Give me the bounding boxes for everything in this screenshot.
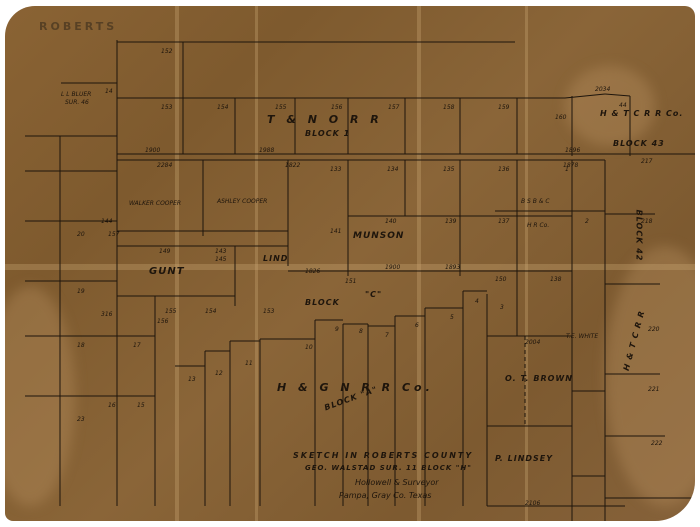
block-label-block-43: BLOCK 43 bbox=[613, 139, 665, 148]
section-134: 134 bbox=[387, 166, 398, 173]
section-154: 154 bbox=[217, 104, 228, 111]
distance-label: 1893 bbox=[445, 264, 460, 271]
distance-label: 1896 bbox=[565, 147, 580, 154]
section-141: 141 bbox=[330, 228, 341, 235]
survey-map-sheet: ROBERTS T & N O R R BLOCK 1 H & T C R R … bbox=[5, 6, 695, 521]
section-218: 218 bbox=[641, 218, 652, 225]
surveyor-signature: Hollowell & Surveyor bbox=[355, 478, 439, 487]
section-153: 153 bbox=[161, 104, 172, 111]
section-136: 136 bbox=[498, 166, 509, 173]
section-150: 150 bbox=[495, 276, 506, 283]
section-139: 139 bbox=[445, 218, 456, 225]
distance-label: 1822 bbox=[285, 162, 300, 169]
section-159: 159 bbox=[498, 104, 509, 111]
section-12: 12 bbox=[215, 370, 223, 377]
section-156: 156 bbox=[331, 104, 342, 111]
section-14: 14 bbox=[105, 88, 113, 95]
section-217: 217 bbox=[641, 158, 652, 165]
section-137: 137 bbox=[498, 218, 509, 225]
section-160: 160 bbox=[555, 114, 566, 121]
owner-label-ll-bluer: L L BLUER bbox=[61, 91, 91, 98]
section-16: 16 bbox=[108, 402, 116, 409]
block-label-block-c: BLOCK bbox=[305, 298, 340, 307]
section-18: 18 bbox=[77, 342, 85, 349]
section-13: 13 bbox=[188, 376, 196, 383]
section-222: 222 bbox=[651, 440, 662, 447]
section-135: 135 bbox=[443, 166, 454, 173]
section-138: 138 bbox=[550, 276, 561, 283]
section-44: 44 bbox=[619, 102, 627, 109]
block-label-tnorr: T & N O R R bbox=[267, 113, 383, 126]
section-4: 4 bbox=[475, 298, 479, 305]
owner-label-walker-cooper: WALKER COOPER bbox=[129, 200, 181, 207]
section-155: 155 bbox=[275, 104, 286, 111]
section-9: 9 bbox=[335, 326, 339, 333]
section-158: 158 bbox=[443, 104, 454, 111]
survey-lines bbox=[5, 6, 695, 521]
section-6: 6 bbox=[415, 322, 419, 329]
block-label-block-c-letter: "C" bbox=[365, 290, 382, 299]
section-156b: 156 bbox=[157, 318, 168, 325]
surveyor-location: Pampa, Gray Co. Texas bbox=[339, 491, 431, 500]
archive-stamp: ROBERTS bbox=[39, 20, 117, 33]
owner-label-te-white: T.E. WHITE bbox=[566, 333, 598, 340]
owner-label-ashley-cooper: ASHLEY COOPER bbox=[217, 198, 267, 205]
section-316: 316 bbox=[101, 311, 112, 318]
distance-label: 1900 bbox=[145, 147, 160, 154]
section-8: 8 bbox=[359, 328, 363, 335]
section-17: 17 bbox=[133, 342, 141, 349]
section-7: 7 bbox=[385, 332, 389, 339]
distance-label: 2284 bbox=[157, 162, 172, 169]
section-145: 145 bbox=[215, 256, 226, 263]
section-140: 140 bbox=[385, 218, 396, 225]
owner-label-p-lindsey: P. LINDSEY bbox=[495, 454, 553, 463]
owner-label-lind: LIND bbox=[263, 254, 288, 263]
section-23: 23 bbox=[77, 416, 85, 423]
section-11: 11 bbox=[245, 360, 253, 367]
map-subtitle: GEO. WALSTAD SUR. 11 BLOCK "H" bbox=[305, 464, 472, 472]
section-149: 149 bbox=[159, 248, 170, 255]
section-154b: 154 bbox=[205, 308, 216, 315]
section-5: 5 bbox=[450, 314, 454, 321]
section-220: 220 bbox=[648, 326, 659, 333]
block-label-hrco: H R Co. bbox=[527, 222, 549, 229]
distance-label: 2034 bbox=[595, 86, 610, 93]
section-20: 20 bbox=[77, 231, 85, 238]
section-152: 152 bbox=[161, 48, 172, 55]
distance-label: 2004 bbox=[525, 339, 540, 346]
distance-label: 1826 bbox=[305, 268, 320, 275]
owner-label-ll-bluer-sub: SUR. 46 bbox=[65, 99, 89, 106]
block-label-block-1: BLOCK 1 bbox=[305, 129, 350, 138]
distance-label: 1900 bbox=[385, 264, 400, 271]
block-label-bsbc: B S B & C bbox=[521, 198, 550, 205]
distance-label: 2106 bbox=[525, 500, 540, 507]
section-157: 157 bbox=[388, 104, 399, 111]
map-title: SKETCH IN ROBERTS COUNTY bbox=[293, 451, 473, 460]
section-155b: 155 bbox=[165, 308, 176, 315]
distance-label: 1988 bbox=[259, 147, 274, 154]
section-221: 221 bbox=[648, 386, 659, 393]
section-157b: 157 bbox=[108, 231, 119, 238]
section-15: 15 bbox=[137, 402, 145, 409]
block-label-munson: MUNSON bbox=[353, 231, 404, 241]
section-3: 3 bbox=[500, 304, 504, 311]
section-133: 133 bbox=[330, 166, 341, 173]
distance-label: 1878 bbox=[563, 162, 578, 169]
section-10: 10 bbox=[305, 344, 313, 351]
section-144: 144 bbox=[101, 218, 112, 225]
section-143: 143 bbox=[215, 248, 226, 255]
block-label-hatc: H & T C R R Co. bbox=[600, 109, 683, 118]
section-153b: 153 bbox=[263, 308, 274, 315]
section-151: 151 bbox=[345, 278, 356, 285]
block-label-gunt: GUNT bbox=[149, 266, 185, 277]
section-19: 19 bbox=[77, 288, 85, 295]
owner-label-ot-brown: O. T. BROWN bbox=[505, 374, 573, 383]
section-2: 2 bbox=[585, 218, 589, 225]
